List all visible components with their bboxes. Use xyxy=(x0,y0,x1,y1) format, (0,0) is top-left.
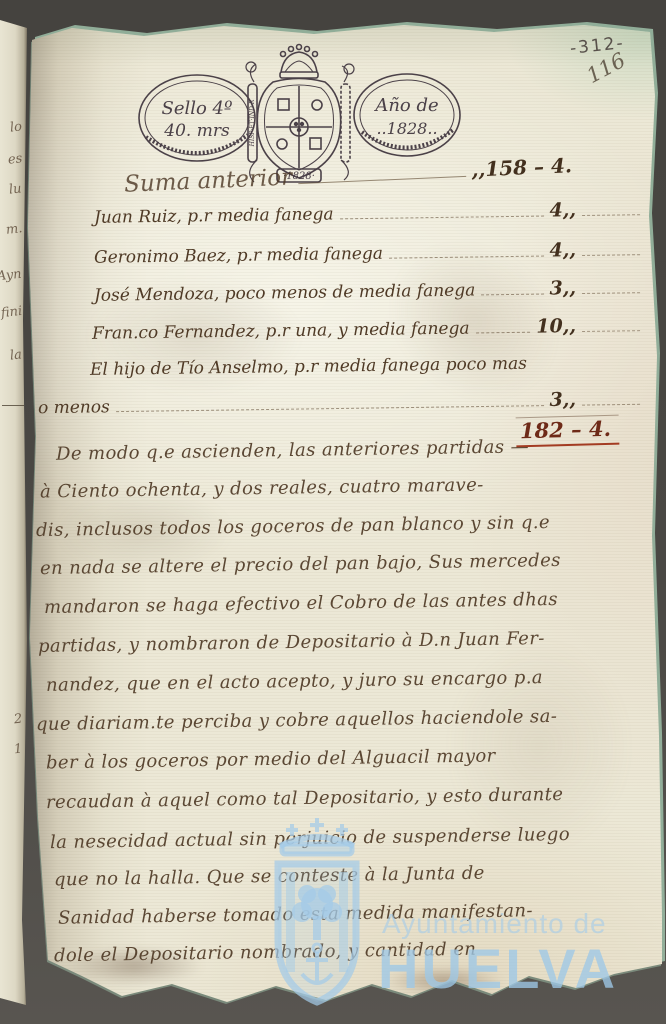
entry-text: o menos xyxy=(38,397,110,418)
body-line: dis, inclusos todos los goceros de pan b… xyxy=(36,512,550,541)
svg-text:Año de: Año de xyxy=(373,95,438,116)
body-line: partidas, y nombraron de Depositario à D… xyxy=(38,628,545,657)
leader-line xyxy=(582,204,640,216)
leader-line xyxy=(582,282,640,294)
margin-fragment: la xyxy=(9,347,22,363)
sum-value: ,,158 – 4. xyxy=(471,153,572,181)
svg-text:40. mrs: 40. mrs xyxy=(163,121,230,141)
body-line: dole el Depositario nombrado, y cantidad… xyxy=(54,939,477,967)
leader-line xyxy=(475,321,530,333)
total-amount: 182 – 4. xyxy=(516,415,620,448)
body-line: en nada se altere el precio del pan bajo… xyxy=(40,550,561,579)
entry-value: 3,, xyxy=(549,277,576,299)
entry-value: 4,, xyxy=(549,199,576,221)
scanned-manuscript-1828: lo es lu m. Ayn fini la 2 1 -312- 116 xyxy=(0,0,666,1024)
margin-fragment: es xyxy=(7,151,23,167)
entry-value: 3,, xyxy=(549,389,576,411)
entry-text: El hijo de Tío Anselmo, p.r media fanega… xyxy=(90,354,527,380)
body-line: la nesecidad actual sin perjuicio de sus… xyxy=(50,824,570,853)
manuscript-page: -312- 116 xyxy=(24,16,664,1008)
leader-line xyxy=(298,165,466,184)
leader-line xyxy=(582,244,640,256)
body-line: De modo q.e ascienden, las anteriores pa… xyxy=(56,436,529,464)
ledger-row: El hijo de Tío Anselmo, p.r media fanega… xyxy=(90,352,650,380)
body-line: ber à los goceros por medio del Alguacil… xyxy=(46,745,496,773)
body-line: recaudan à aquel como tal Depositario, y… xyxy=(46,784,564,813)
ledger-row: Geronimo Baez, p.r media fanega 4,, xyxy=(94,238,640,268)
margin-fragment: 1 xyxy=(13,742,23,758)
body-line: que no la halla. Que se conteste à la Ju… xyxy=(54,863,485,891)
leader-line xyxy=(582,320,640,332)
entry-value: 4,, xyxy=(549,239,576,261)
ledger-row-continued: o menos 3,, xyxy=(38,388,640,418)
entry-text: José Mendoza, poco menos de media fanega xyxy=(94,280,476,305)
entry-text: Fran.co Fernandez, p.r una, y media fane… xyxy=(92,319,470,344)
body-line: que diariam.te perciba y cobre aquellos … xyxy=(36,706,558,735)
svg-text:HISP·ET·IND·R: HISP·ET·IND·R xyxy=(249,99,256,147)
margin-rule xyxy=(2,405,24,406)
leader-line xyxy=(389,245,544,259)
leader-line xyxy=(339,205,543,219)
svg-text:Sello 4º: Sello 4º xyxy=(162,98,234,119)
previous-page-edge: lo es lu m. Ayn fini la 2 1 xyxy=(0,20,28,1015)
ledger-row: Fran.co Fernandez, p.r una, y media fane… xyxy=(92,314,640,344)
entry-text: Geronimo Baez, p.r media fanega xyxy=(94,244,383,268)
ledger-row: Juan Ruiz, p.r media fanega 4,, xyxy=(94,198,640,228)
margin-fragment: lu xyxy=(9,181,23,197)
leader-line xyxy=(582,393,640,405)
torn-edge-stain xyxy=(384,966,504,996)
body-line: mandaron se haga efectivo el Cobro de la… xyxy=(44,589,558,618)
margin-fragment: Ayn xyxy=(0,267,23,284)
body-line: à Ciento ochenta, y dos reales, cuatro m… xyxy=(40,475,484,503)
svg-text:..1828..: ..1828.. xyxy=(376,119,437,138)
ledger-row: José Mendoza, poco menos de media fanega… xyxy=(94,276,640,306)
body-line: nandez, que en el acto acepto, y juro su… xyxy=(46,667,543,696)
leader-line xyxy=(481,283,543,295)
margin-fragment: fini xyxy=(0,304,23,321)
margin-fragment: 2 xyxy=(13,712,23,728)
entry-value: 10,, xyxy=(536,315,576,338)
leader-line xyxy=(116,395,544,412)
entry-text: Juan Ruiz, p.r media fanega xyxy=(94,204,334,227)
body-line: Sanidad haberse tomado esta medida manif… xyxy=(58,900,533,928)
margin-fragment: m. xyxy=(5,221,23,238)
margin-fragment: lo xyxy=(9,119,22,135)
